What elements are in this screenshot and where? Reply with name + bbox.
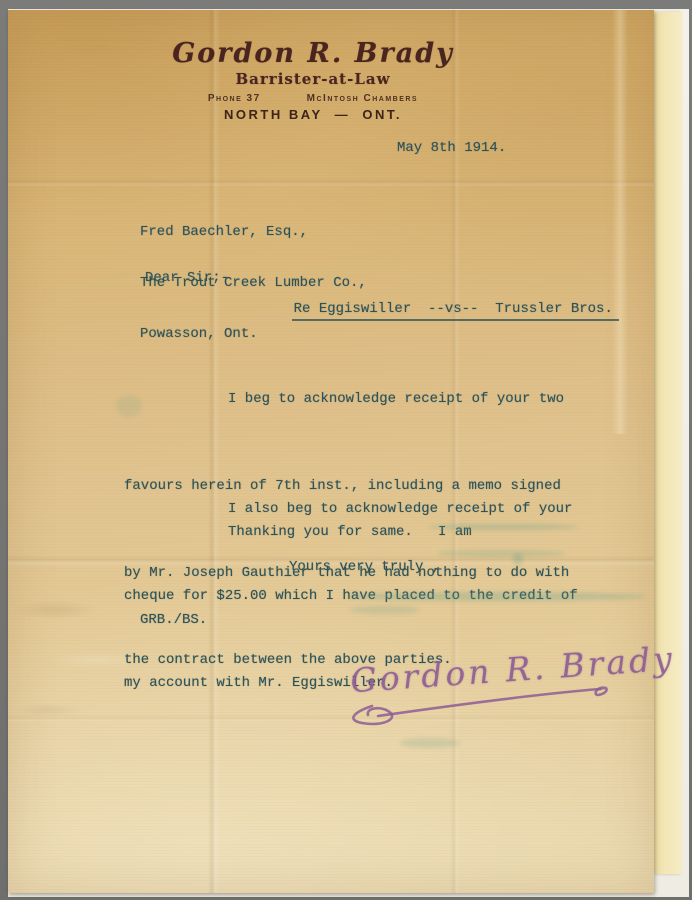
letterhead-contact-row: Phone 37 McIntosh Chambers [146,93,480,104]
salutation: Dear Sir;- [145,270,229,286]
letter-date: May 8th 1914. [397,140,506,156]
ink-offset-smudge [116,395,142,417]
subject-text: Re Eggiswiller --vs-- Trussler Bros. [292,301,619,321]
ink-offset-smudge [436,550,566,557]
ink-offset-smudge [428,524,578,530]
letterhead-phone: Phone 37 [208,93,261,104]
letterhead-title: Barrister-at-Law [146,70,480,88]
body-line: I also beg to acknowledge receipt of you… [124,495,578,524]
letterhead-name: Gordon R. Brady [146,38,480,69]
closing-line: Yours very truly , [289,559,440,575]
ink-offset-smudge [513,553,523,565]
body-line: I beg to acknowledge receipt of your two [124,385,569,414]
body-line: my account with Mr. Eggiswiller. [124,669,578,698]
letterhead-chambers: McIntosh Chambers [307,93,418,104]
reference-initials: GRB./BS. [140,612,207,628]
ink-offset-smudge [400,738,460,748]
letterhead-city: NORTH BAY — ONT. [146,107,480,122]
under-sheet-edge [650,12,682,874]
recipient-name: Fred Baechler, Esq., [140,224,367,241]
ink-offset-smudge [350,606,420,614]
subject-line: Re Eggiswiller --vs-- Trussler Bros. [258,285,619,333]
horizontal-fold-crease-top [8,178,654,187]
vertical-fold-crease-right [612,10,628,434]
ink-offset-smudge [346,592,646,601]
letterhead: Gordon R. Brady Barrister-at-Law Phone 3… [146,38,480,122]
letter-page: Gordon R. Brady Barrister-at-Law Phone 3… [8,10,654,893]
